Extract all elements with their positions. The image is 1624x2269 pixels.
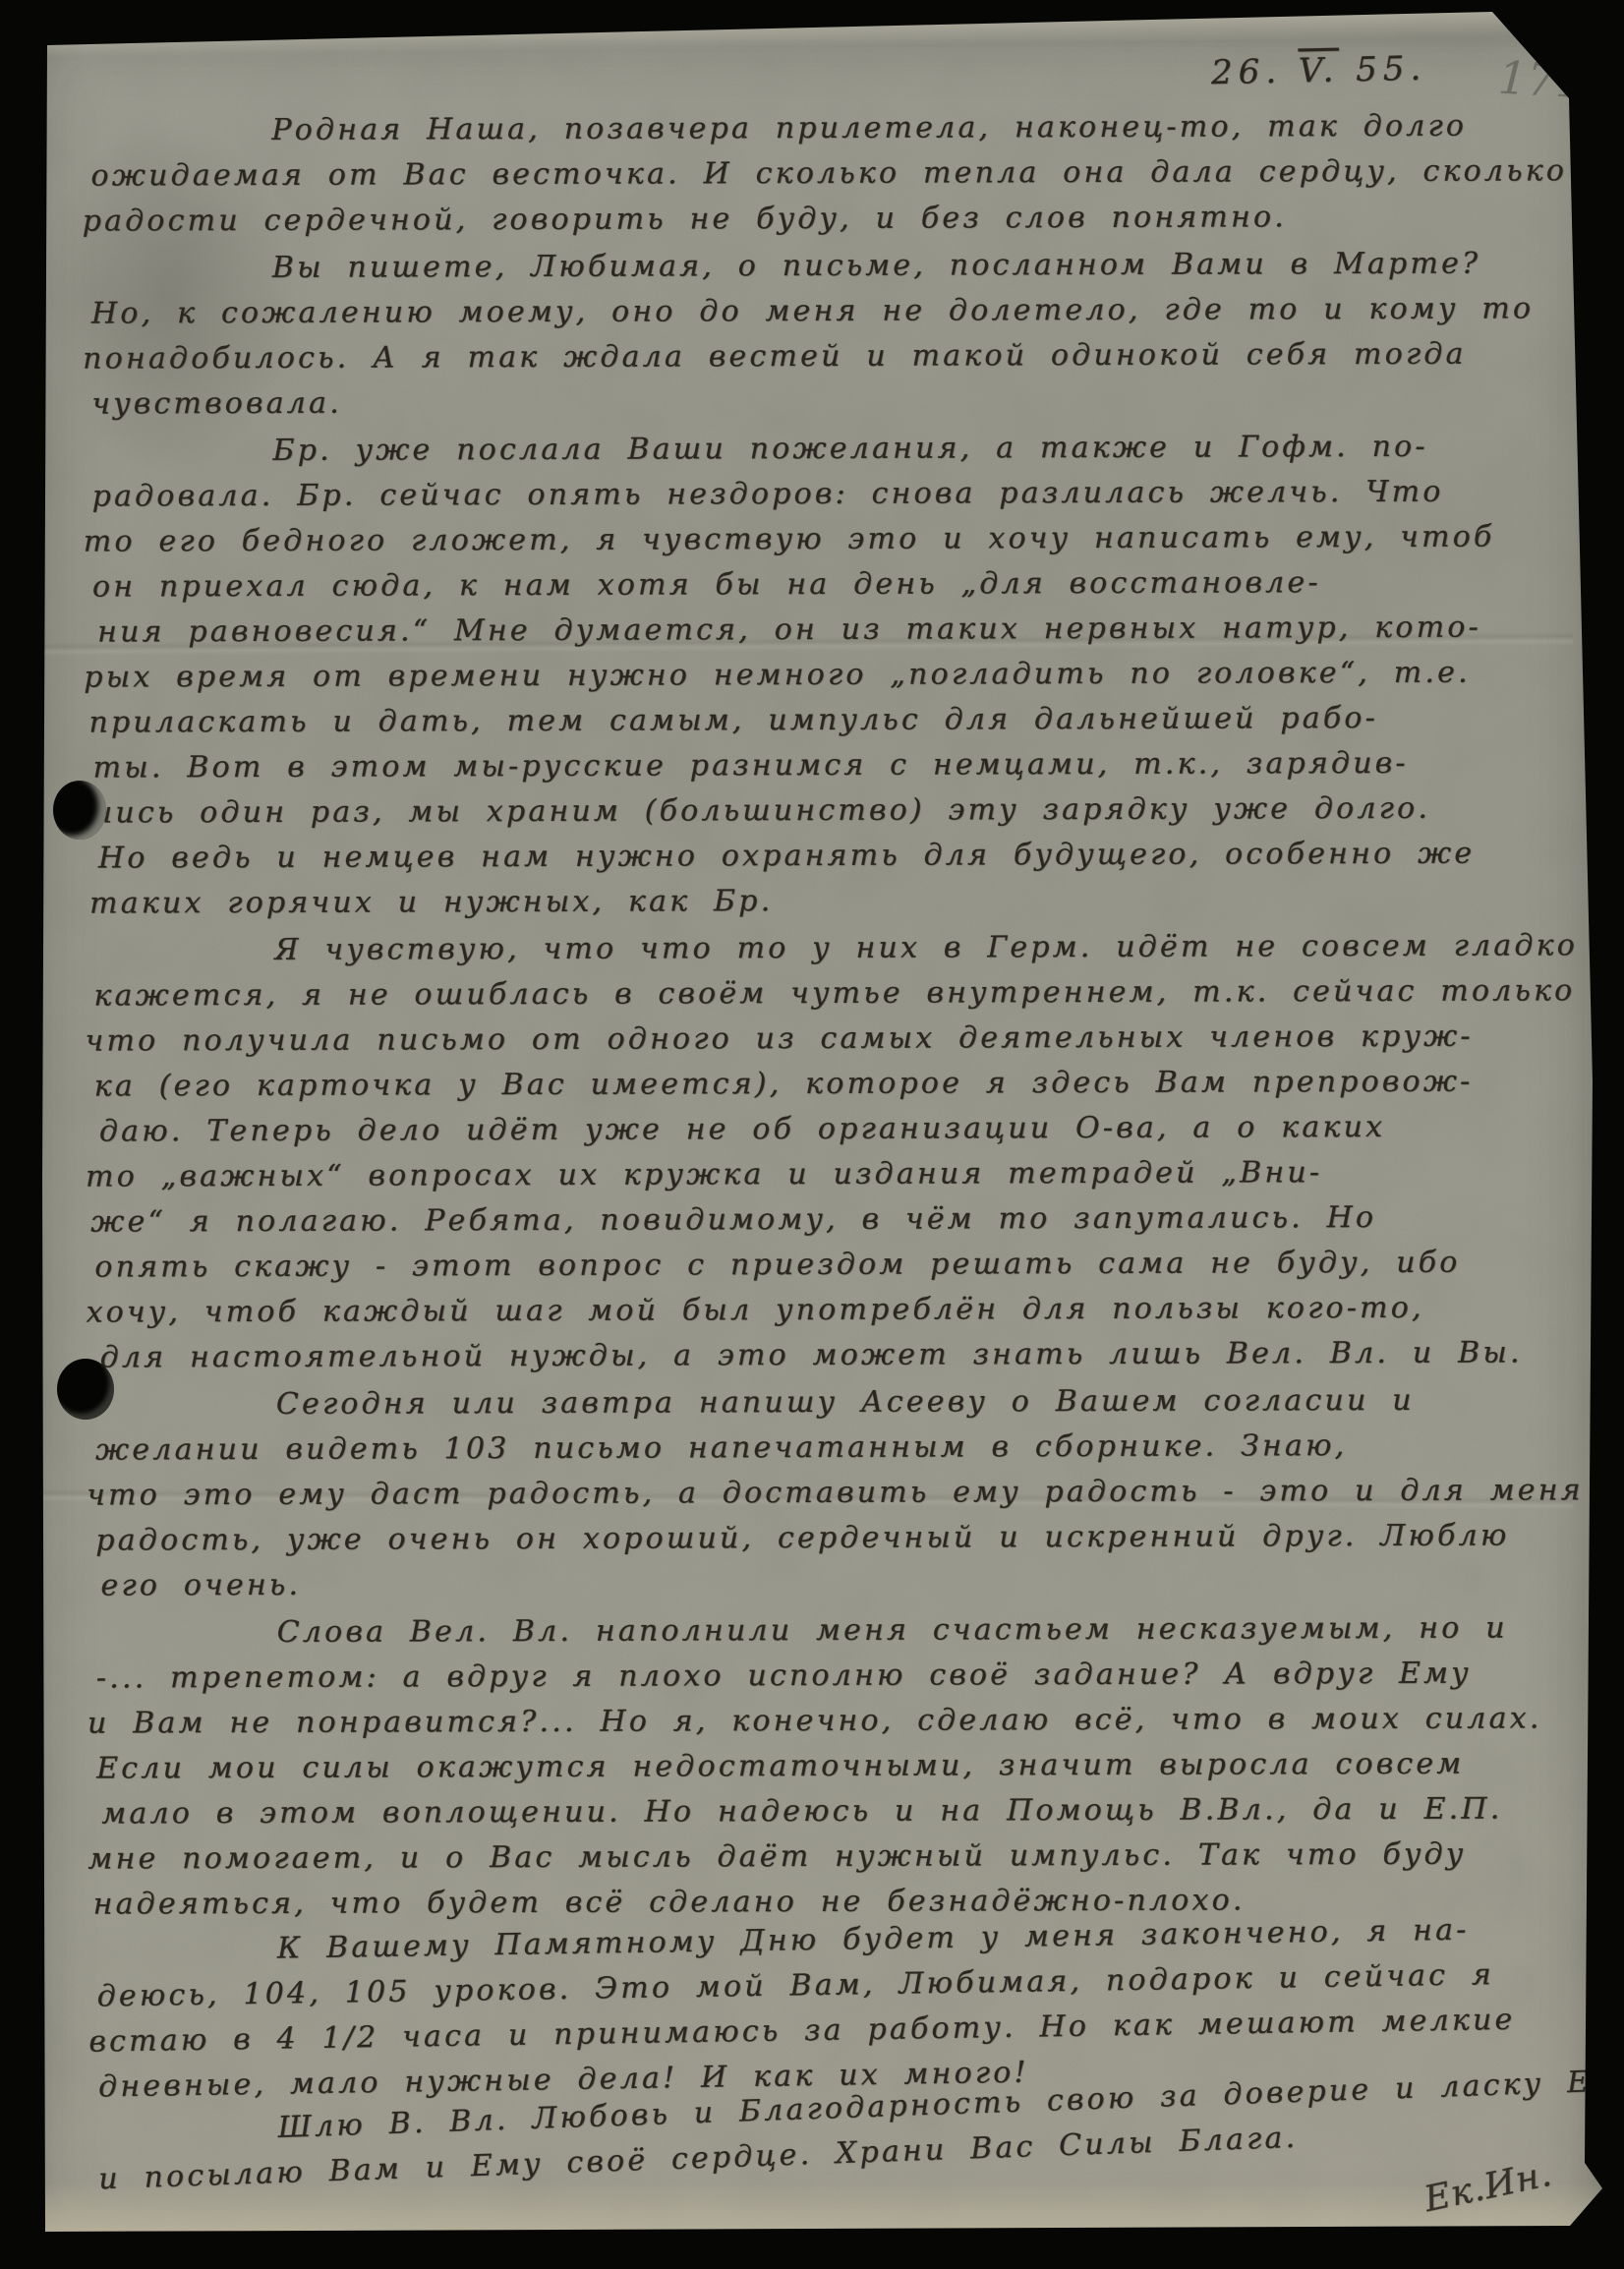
- handwriting-line: чувствовала.: [91, 377, 1540, 427]
- paragraph: Я чувствую, что что то у них в Герм. идё…: [89, 923, 1544, 1380]
- paragraph: Слова Вел. Вл. наполнили меня счастьем н…: [92, 1605, 1546, 1927]
- letter-page: 26. V. 55. 171 Родная Наша, позавчера пр…: [0, 0, 1624, 2269]
- paragraph: Вы пишете, Любимая, о письме, посланном …: [87, 241, 1541, 427]
- punch-hole: [57, 1359, 114, 1420]
- handwriting-line: Вы пишете, Любимая, о письме, посланном …: [87, 241, 1540, 291]
- handwriting-line: таких горячих и нужных, как Бр.: [89, 876, 1542, 926]
- handwriting-line: Бр. уже послала Ваши пожелания, а также …: [87, 424, 1540, 474]
- paragraph: Бр. уже послала Ваши пожелания, а также …: [87, 424, 1542, 926]
- handwriting-line: мало в этом воплощении. Но надеюсь и на …: [101, 1786, 1545, 1836]
- handwriting-line: Я чувствую, что что то у них в Герм. идё…: [89, 923, 1542, 973]
- handwriting-line: для настоятельной нужды, а это может зна…: [100, 1330, 1544, 1380]
- handwriting-line: то его бедного гложет, я чувствую это и …: [84, 514, 1541, 564]
- punch-hole: [53, 781, 106, 840]
- paragraph: Сегодня или завтра напишу Асееву о Вашем…: [91, 1377, 1545, 1608]
- handwriting-line: Но ведь и немцев нам нужно охранять для …: [98, 831, 1542, 881]
- handwriting-line: что получила письмо от одного из самых д…: [86, 1014, 1543, 1064]
- letter-body: Родная Наша, позавчера прилетела, наконе…: [87, 103, 1546, 2204]
- handwriting-line: Сегодня или завтра напишу Асееву о Вашем…: [91, 1377, 1544, 1427]
- date-day: 26.: [1211, 52, 1283, 93]
- handwriting-line: мне помогает, и о Вас мысль даёт нужный …: [87, 1832, 1545, 1882]
- scan-bed: { "scan": { "background_color": "#060605…: [0, 0, 1624, 2269]
- handwriting-line: то „важных“ вопросах их кружка и издания…: [86, 1149, 1543, 1199]
- handwriting-line: приласкать и дать, тем самым, импульс дл…: [88, 695, 1541, 745]
- handwriting-line: кажется, я не ошиблась в своём чутье вну…: [93, 968, 1542, 1018]
- handwriting-line: ния равновесия.“ Мне думается, он из так…: [97, 605, 1541, 655]
- pencil-page-number: 171: [1497, 51, 1587, 109]
- handwriting-line: даю. Теперь дело идёт уже не об организа…: [99, 1104, 1543, 1154]
- handwriting-line: рых время от времени нужно немного „погл…: [84, 650, 1541, 700]
- handwriting-line: радость, уже очень он хороший, сердечный…: [95, 1513, 1544, 1563]
- handwriting-line: радовала. Бр. сейчас опять нездоров: сно…: [92, 469, 1541, 519]
- paper-edge-highlight: [45, 7, 1539, 57]
- handwriting-line: Если мои силы окажутся недостаточными, з…: [96, 1741, 1545, 1791]
- handwriting-line: ожидаемая от Вас весточка. И сколько теп…: [90, 148, 1539, 199]
- handwriting-line: ты. Вот в этом мы-русские разнимся с нем…: [93, 740, 1542, 790]
- handwriting-line: хочу, чтоб каждый шаг мой был употреблён…: [86, 1285, 1543, 1335]
- paragraph: Родная Наша, позавчера прилетела, наконе…: [87, 103, 1539, 244]
- handwriting-line: он приехал сюда, к нам хотя бы на день „…: [92, 559, 1541, 610]
- handwriting-line: шись один раз, мы храним (большинство) э…: [85, 785, 1542, 836]
- date-year: 55.: [1356, 49, 1427, 90]
- handwriting-line: ка (его карточка у Вас имеется), которое…: [94, 1059, 1543, 1109]
- handwriting-line: понадобилось. А я так ждала вестей и так…: [83, 331, 1540, 381]
- handwriting-line: радости сердечной, говорить не буду, и б…: [83, 194, 1540, 244]
- handwriting-line: и Вам не понравится?... Но я, конечно, с…: [87, 1696, 1545, 1746]
- handwriting-line: Родная Наша, позавчера прилетела, наконе…: [87, 103, 1539, 153]
- handwriting-line: опять скажу - этот вопрос с приездом реш…: [94, 1240, 1543, 1290]
- handwriting-line: -... трепетом: а вдруг я плохо исполню с…: [96, 1651, 1545, 1701]
- handwriting-line: Слова Вел. Вл. наполнили меня счастьем н…: [92, 1605, 1545, 1656]
- date-month-roman-numeral: V.: [1298, 51, 1339, 91]
- handwriting-line: же“ я полагаю. Ребята, повидимому, в чём…: [90, 1194, 1543, 1245]
- handwriting-line: его очень.: [100, 1558, 1544, 1608]
- handwriting-line: что это ему даст радость, а доставить ем…: [87, 1468, 1544, 1518]
- handwriting-line: желании видеть 103 письмо напечатанным в…: [95, 1423, 1544, 1473]
- handwriting-line: Но, к сожалению моему, оно до меня не до…: [91, 286, 1540, 336]
- letter-date: 26. V. 55.: [1211, 49, 1427, 93]
